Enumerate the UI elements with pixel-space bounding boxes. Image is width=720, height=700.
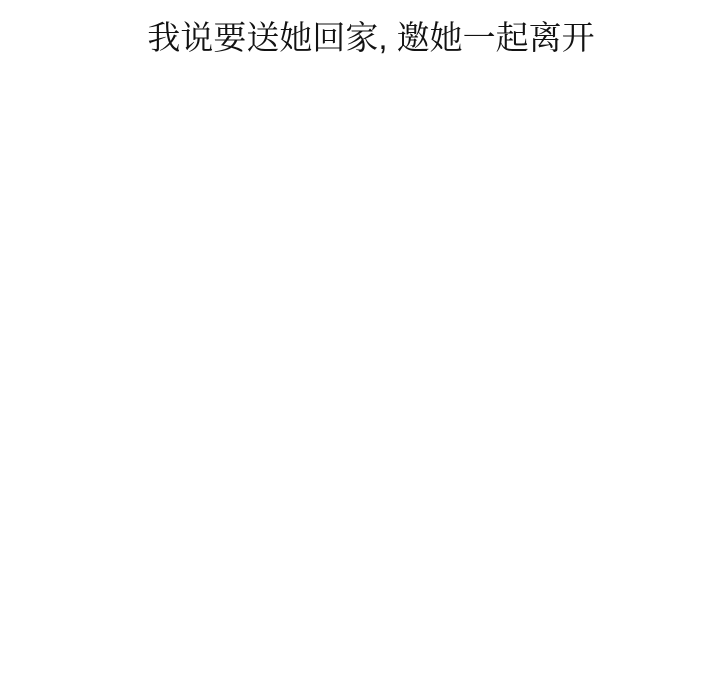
comic-page-canvas: 我说要送她回家, 邀她一起离开: [0, 0, 720, 700]
narration-caption-text: 我说要送她回家, 邀她一起离开: [11, 21, 720, 54]
